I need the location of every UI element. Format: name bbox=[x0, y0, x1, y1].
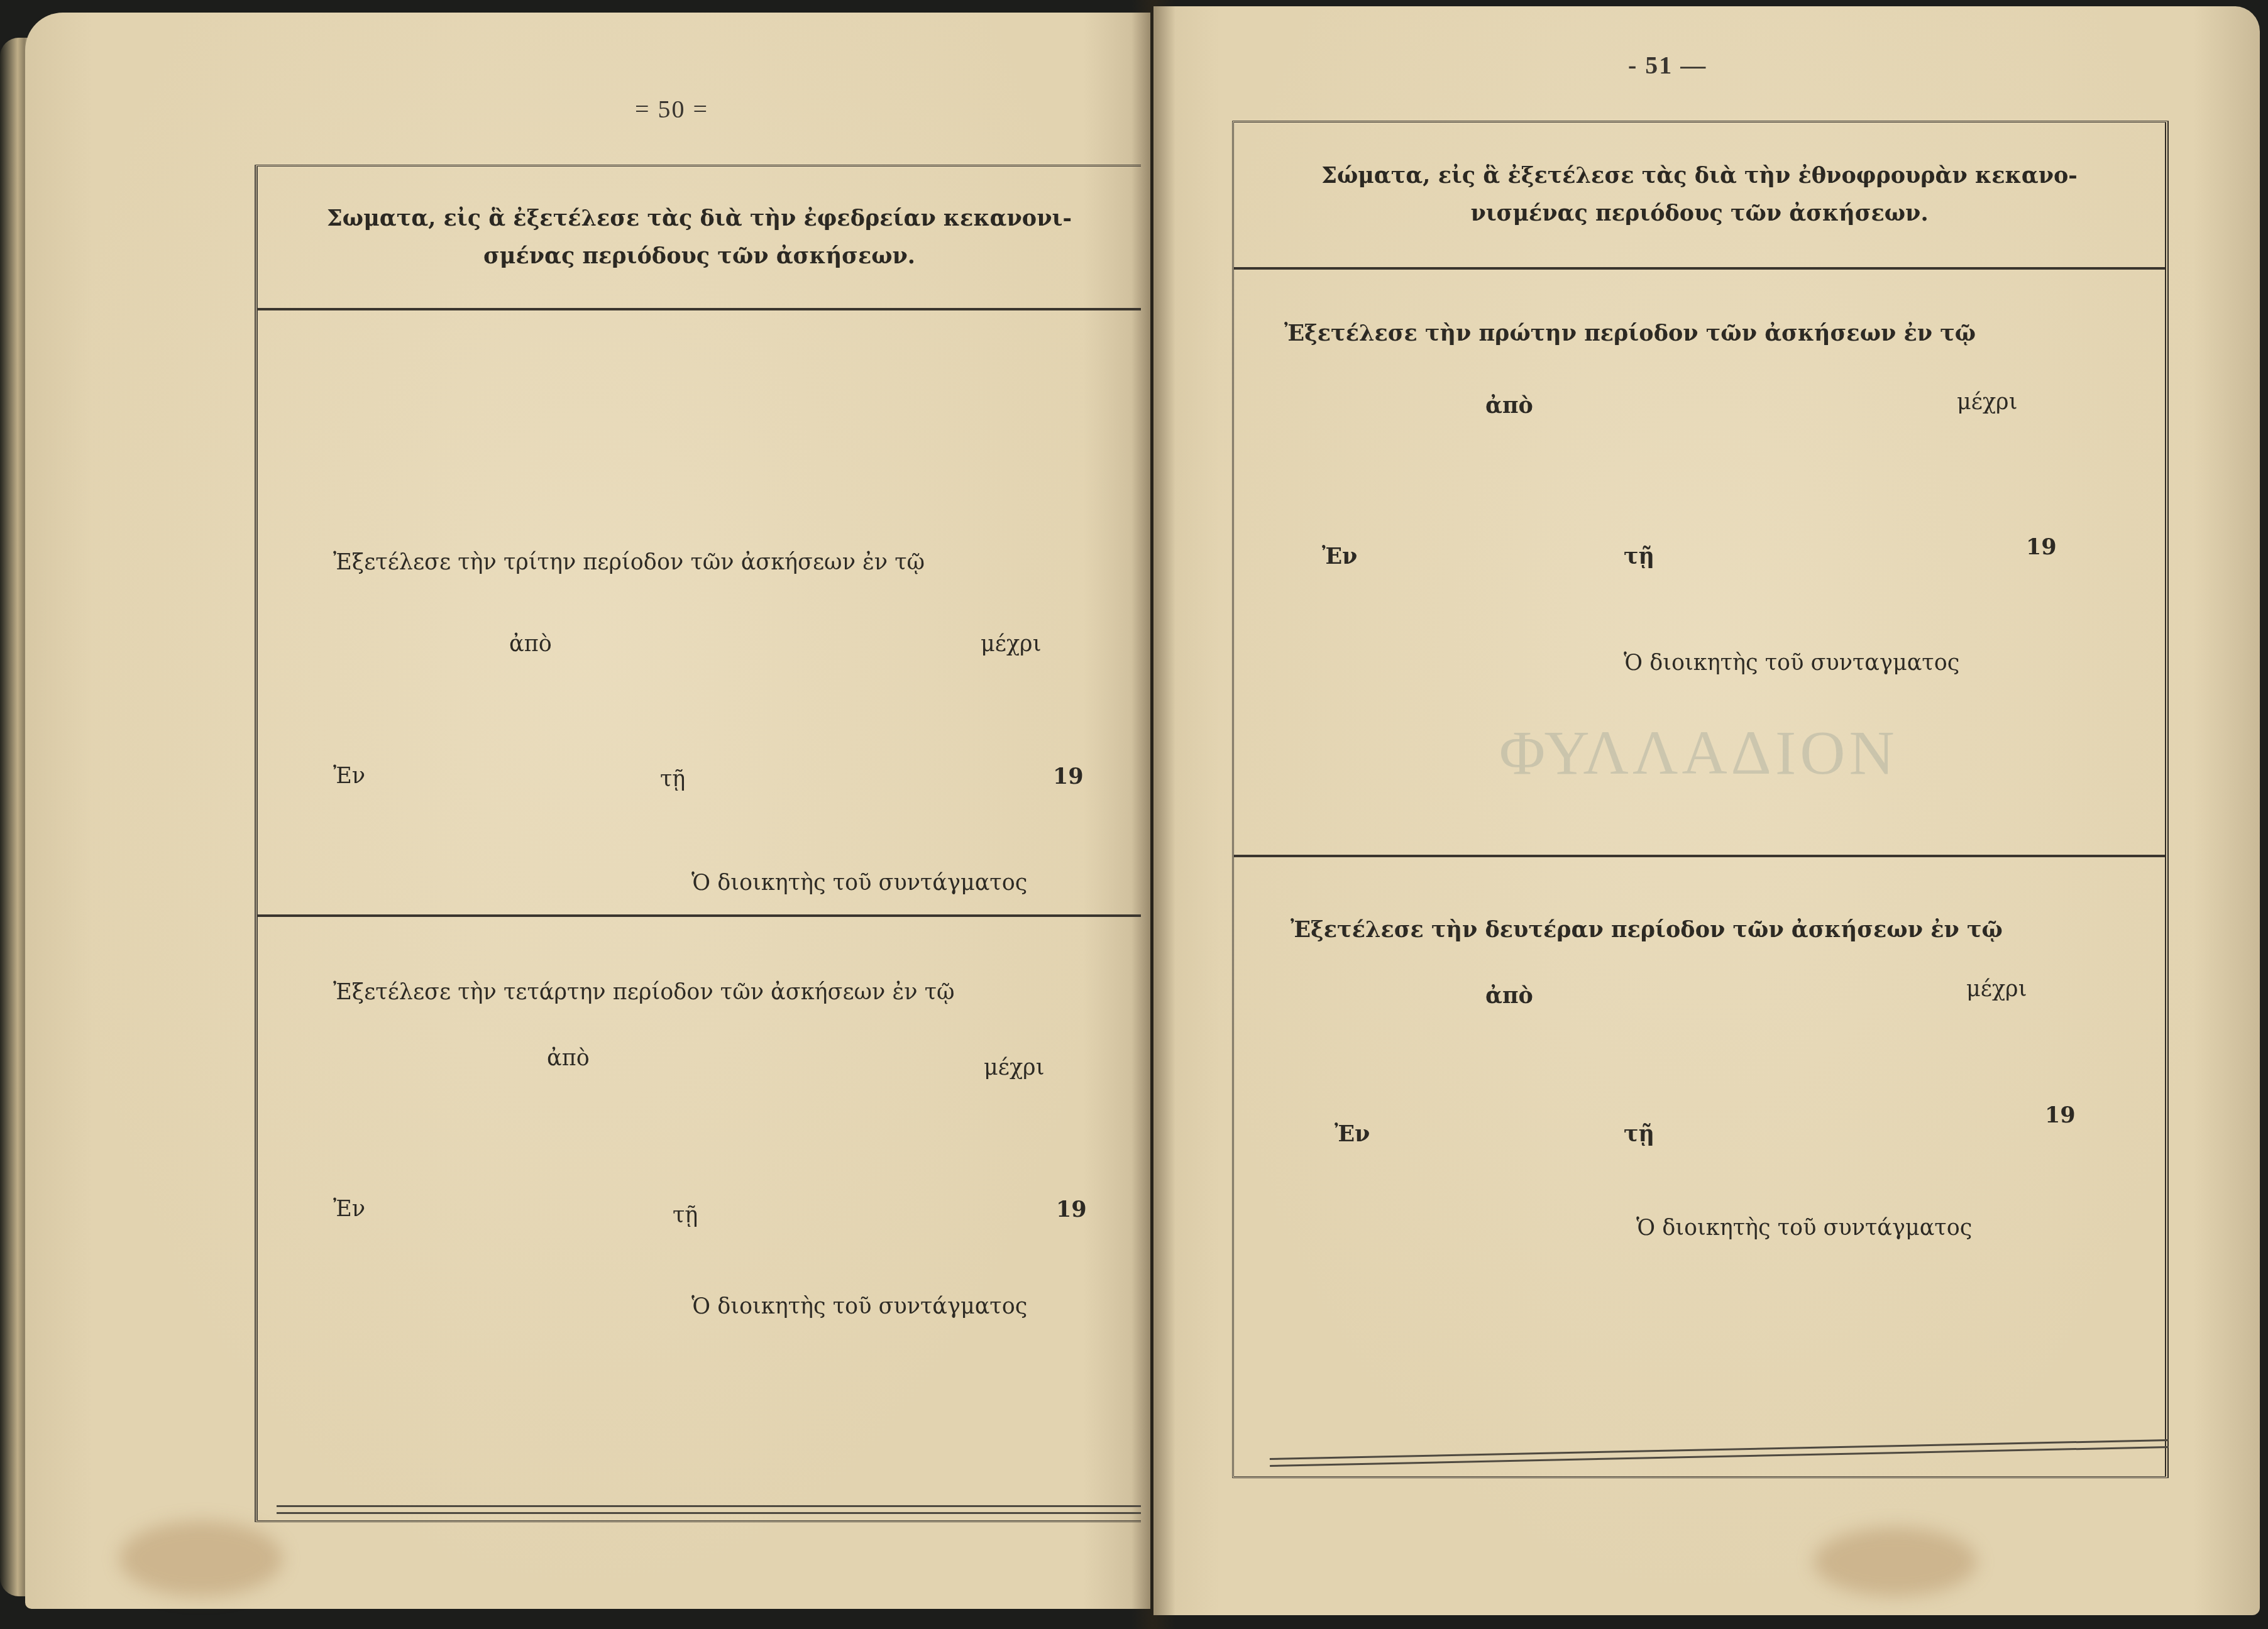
to-label: μέχρι bbox=[981, 632, 1041, 657]
form-header-text: Σωματα, εἰς ἃ ἐξετέλεσε τὰς διὰ τὴν ἐφεδ… bbox=[302, 200, 1097, 275]
from-label: ἀπὸ bbox=[1485, 983, 1533, 1009]
day-label: τῇ bbox=[673, 1203, 698, 1228]
form-header-right: Σώματα, εἰς ἃ ἐξετέλεσε τὰς διὰ τὴν ἐθνο… bbox=[1234, 123, 2165, 270]
day-label: τῇ bbox=[1624, 1121, 1654, 1147]
form-header-text: Σώματα, εἰς ἃ ἐξετέλεσε τὰς διὰ τὴν ἐθνο… bbox=[1296, 157, 2103, 233]
place-label: Ἐν bbox=[333, 764, 365, 789]
from-label: ἀπὸ bbox=[509, 632, 552, 657]
to-label: μέχρι bbox=[984, 1055, 1044, 1080]
form-section-first-period: Ἐξετέλεσε τὴν πρώτην περίοδον τῶν ἀσκήσε… bbox=[1234, 267, 2165, 855]
paper-stain bbox=[1814, 1527, 1977, 1596]
to-label: μέχρι bbox=[1957, 390, 2017, 415]
signature-label: Ὁ διοικητὴς τοῦ συντάγματος bbox=[691, 1294, 1027, 1319]
period-statement: Ἐξετέλεσε τὴν πρώτην περίοδον τῶν ἀσκήσε… bbox=[1284, 321, 1976, 346]
form-frame-left: Σωματα, εἰς ἃ ἐξετέλεσε τὰς διὰ τὴν ἐφεδ… bbox=[255, 165, 1141, 1522]
place-label: Ἐν bbox=[1322, 544, 1357, 569]
day-label: τῇ bbox=[660, 767, 685, 792]
bottom-double-rule-left bbox=[277, 1505, 1141, 1514]
place-label: Ἐν bbox=[333, 1197, 365, 1222]
page-number-left: = 50 = bbox=[635, 94, 708, 124]
to-label: μέχρι bbox=[1966, 977, 2027, 1002]
period-statement: Ἐξετέλεσε τὴν τετάρτην περίοδον τῶν ἀσκή… bbox=[333, 980, 955, 1005]
year-prefix: 19 bbox=[2045, 1102, 2076, 1128]
from-label: ἀπὸ bbox=[547, 1046, 590, 1071]
period-statement: Ἐξετέλεσε τὴν τρίτην περίοδον τῶν ἀσκήσε… bbox=[333, 550, 925, 575]
year-prefix: 19 bbox=[2026, 534, 2057, 560]
signature-label: Ὁ διοικητὴς τοῦ συντάγματος bbox=[691, 870, 1027, 896]
header-line-2: σμένας περιόδους τῶν ἀσκήσεων. bbox=[327, 238, 1072, 275]
header-line-1: Σώματα, εἰς ἃ ἐξετέλεσε τὰς διὰ τὴν ἐθνο… bbox=[1321, 157, 2078, 195]
day-label: τῇ bbox=[1624, 544, 1654, 569]
form-frame-right: Σώματα, εἰς ἃ ἐξετέλεσε τὰς διὰ τὴν ἐθνο… bbox=[1232, 121, 2169, 1478]
signature-label: Ὁ διοικητὴς τοῦ συνταγματος bbox=[1624, 650, 1959, 676]
form-section-fourth-period: Ἐξετέλεσε τὴν τετάρτην περίοδον τῶν ἀσκή… bbox=[258, 914, 1141, 1483]
form-section-third-period: Ἐξετέλεσε τὴν τρίτην περίοδον τῶν ἀσκήσε… bbox=[258, 308, 1141, 914]
place-label: Ἐν bbox=[1335, 1121, 1370, 1147]
page-number-right: - 51 — bbox=[1628, 50, 1707, 80]
from-label: ἀπὸ bbox=[1485, 393, 1533, 419]
paper-stain bbox=[119, 1521, 283, 1596]
header-line-2: νισμένας περιόδους τῶν ἀσκήσεων. bbox=[1321, 195, 2078, 233]
form-header-left: Σωματα, εἰς ἃ ἐξετέλεσε τὰς διὰ τὴν ἐφεδ… bbox=[258, 167, 1141, 310]
header-line-1: Σωματα, εἰς ἃ ἐξετέλεσε τὰς διὰ τὴν ἐφεδ… bbox=[327, 200, 1072, 238]
form-section-second-period: Ἐξετέλεσε τὴν δευτέραν περίοδον τῶν ἀσκή… bbox=[1234, 855, 2165, 1423]
year-prefix: 19 bbox=[1053, 764, 1084, 789]
signature-label: Ὁ διοικητὴς τοῦ συντάγματος bbox=[1636, 1215, 1972, 1241]
period-statement: Ἐξετέλεσε τὴν δευτέραν περίοδον τῶν ἀσκή… bbox=[1291, 917, 2003, 943]
year-prefix: 19 bbox=[1056, 1197, 1087, 1222]
